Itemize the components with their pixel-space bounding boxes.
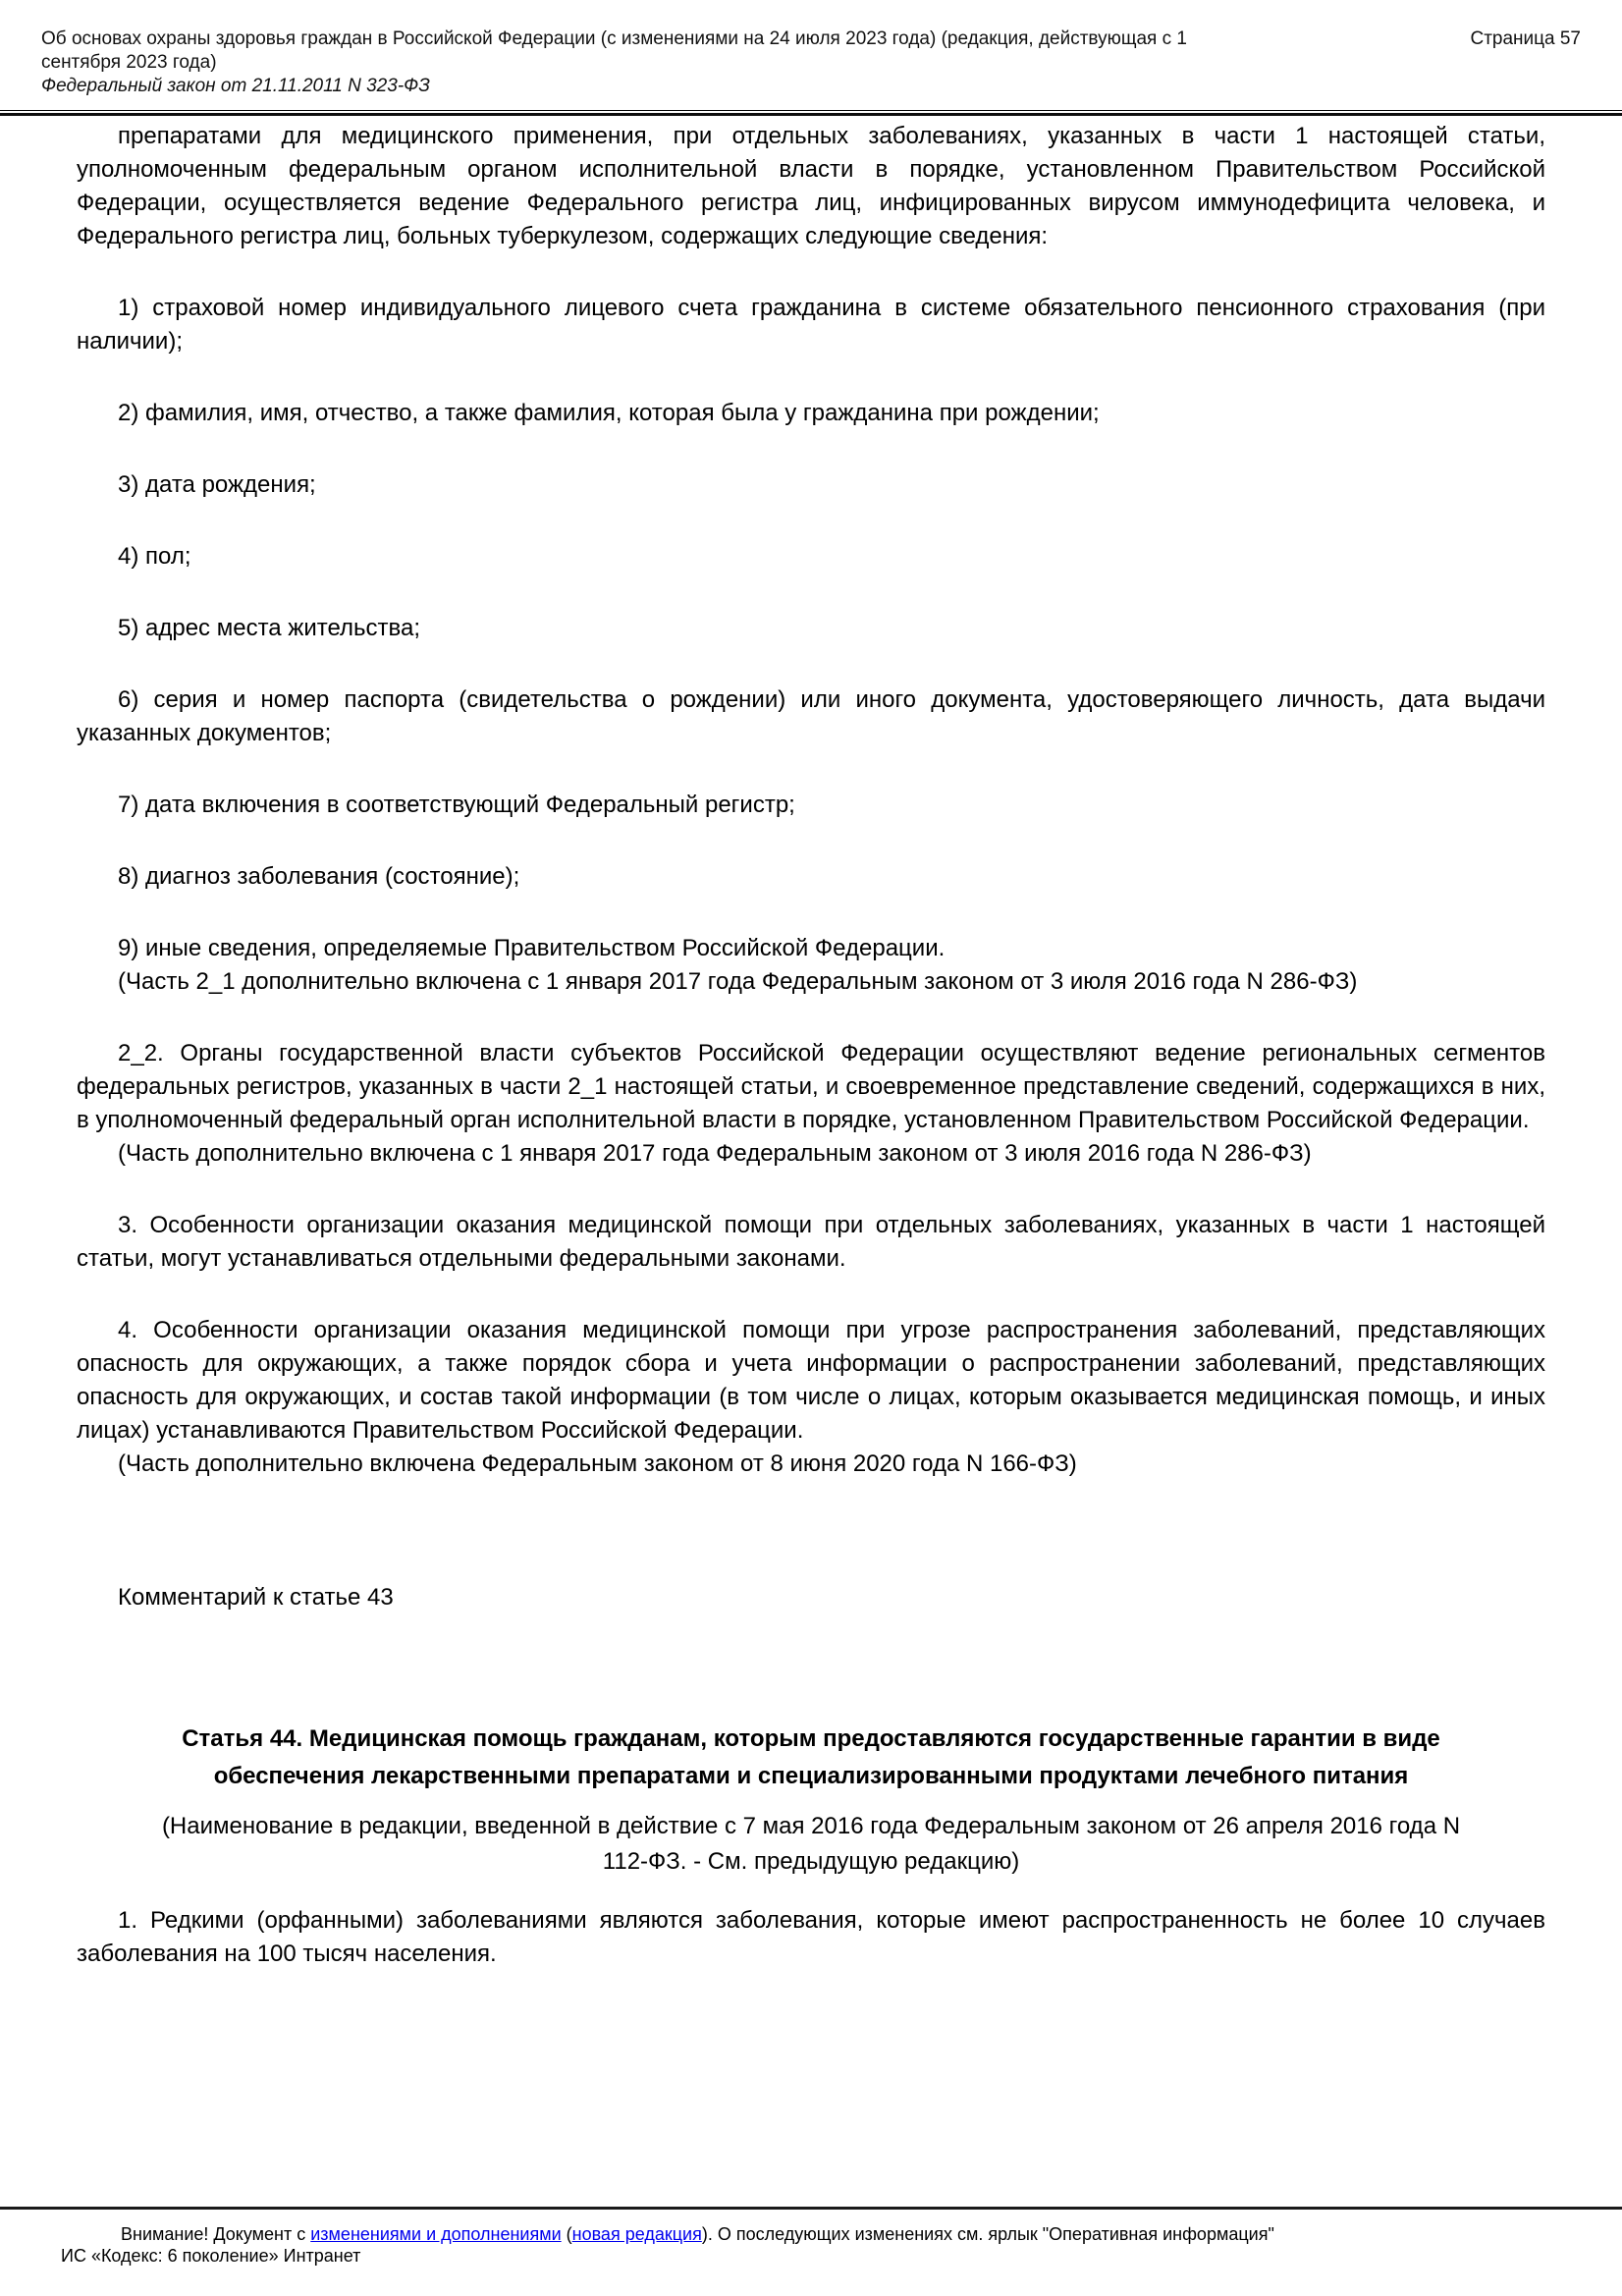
paragraph: (Часть дополнительно включена Федеральны… <box>77 1448 1545 1481</box>
paragraph: (Часть дополнительно включена с 1 января… <box>77 1137 1545 1171</box>
edition-note: (Наименование в редакции, введенной в де… <box>158 1809 1464 1880</box>
paragraph: 1) страховой номер индивидуального лицев… <box>77 292 1545 358</box>
paragraph: 2_2. Органы государственной власти субъе… <box>77 1037 1545 1137</box>
article-heading: Статья 44. Медицинская помощь гражданам,… <box>178 1721 1444 1795</box>
footer-text: ). О последующих изменениях см. ярлык "О… <box>702 2224 1274 2244</box>
paragraph: 9) иные сведения, определяемые Правитель… <box>77 932 1545 965</box>
document-subtitle: Федеральный закон от 21.11.2011 N 323-ФЗ <box>0 75 1622 98</box>
paragraph: 3. Особенности организации оказания меди… <box>77 1209 1545 1276</box>
paragraph: препаратами для медицинского применения,… <box>77 120 1545 253</box>
footer-system-label: ИС «Кодекс: 6 поколение» Интранет <box>61 2245 1563 2267</box>
document-header: Об основах охраны здоровья граждан в Рос… <box>0 0 1622 75</box>
footer-text: Внимание! Документ с <box>121 2224 310 2244</box>
paragraph: 6) серия и номер паспорта (свидетельства… <box>77 683 1545 750</box>
footer-link[interactable]: новая редакция <box>572 2224 702 2244</box>
footer-notice: Внимание! Документ с изменениями и допол… <box>61 2223 1563 2245</box>
paragraph: 4. Особенности организации оказания меди… <box>77 1314 1545 1448</box>
paragraph: (Часть 2_1 дополнительно включена с 1 ян… <box>77 965 1545 999</box>
paragraph: 4) пол; <box>77 540 1545 574</box>
paragraph: 2) фамилия, имя, отчество, а также фамил… <box>77 397 1545 430</box>
footer-link[interactable]: изменениями и дополнениями <box>310 2224 561 2244</box>
page-footer: Внимание! Документ с изменениями и допол… <box>0 2207 1622 2267</box>
document-title: Об основах охраны здоровья граждан в Рос… <box>41 27 1264 75</box>
comment-reference: Комментарий к статье 43 <box>77 1581 1545 1614</box>
document-page: Об основах охраны здоровья граждан в Рос… <box>0 0 1622 2296</box>
paragraph: 7) дата включения в соответствующий Феде… <box>77 789 1545 822</box>
paragraph: 3) дата рождения; <box>77 468 1545 502</box>
page-indicator: Страница 57 <box>1470 27 1581 51</box>
paragraph: 1. Редкими (орфанными) заболеваниями явл… <box>77 1904 1545 1971</box>
paragraph: 8) диагноз заболевания (состояние); <box>77 860 1545 894</box>
paragraph: 5) адрес места жительства; <box>77 612 1545 645</box>
document-body: препаратами для медицинского применения,… <box>0 116 1622 1971</box>
footer-text: ( <box>562 2224 572 2244</box>
